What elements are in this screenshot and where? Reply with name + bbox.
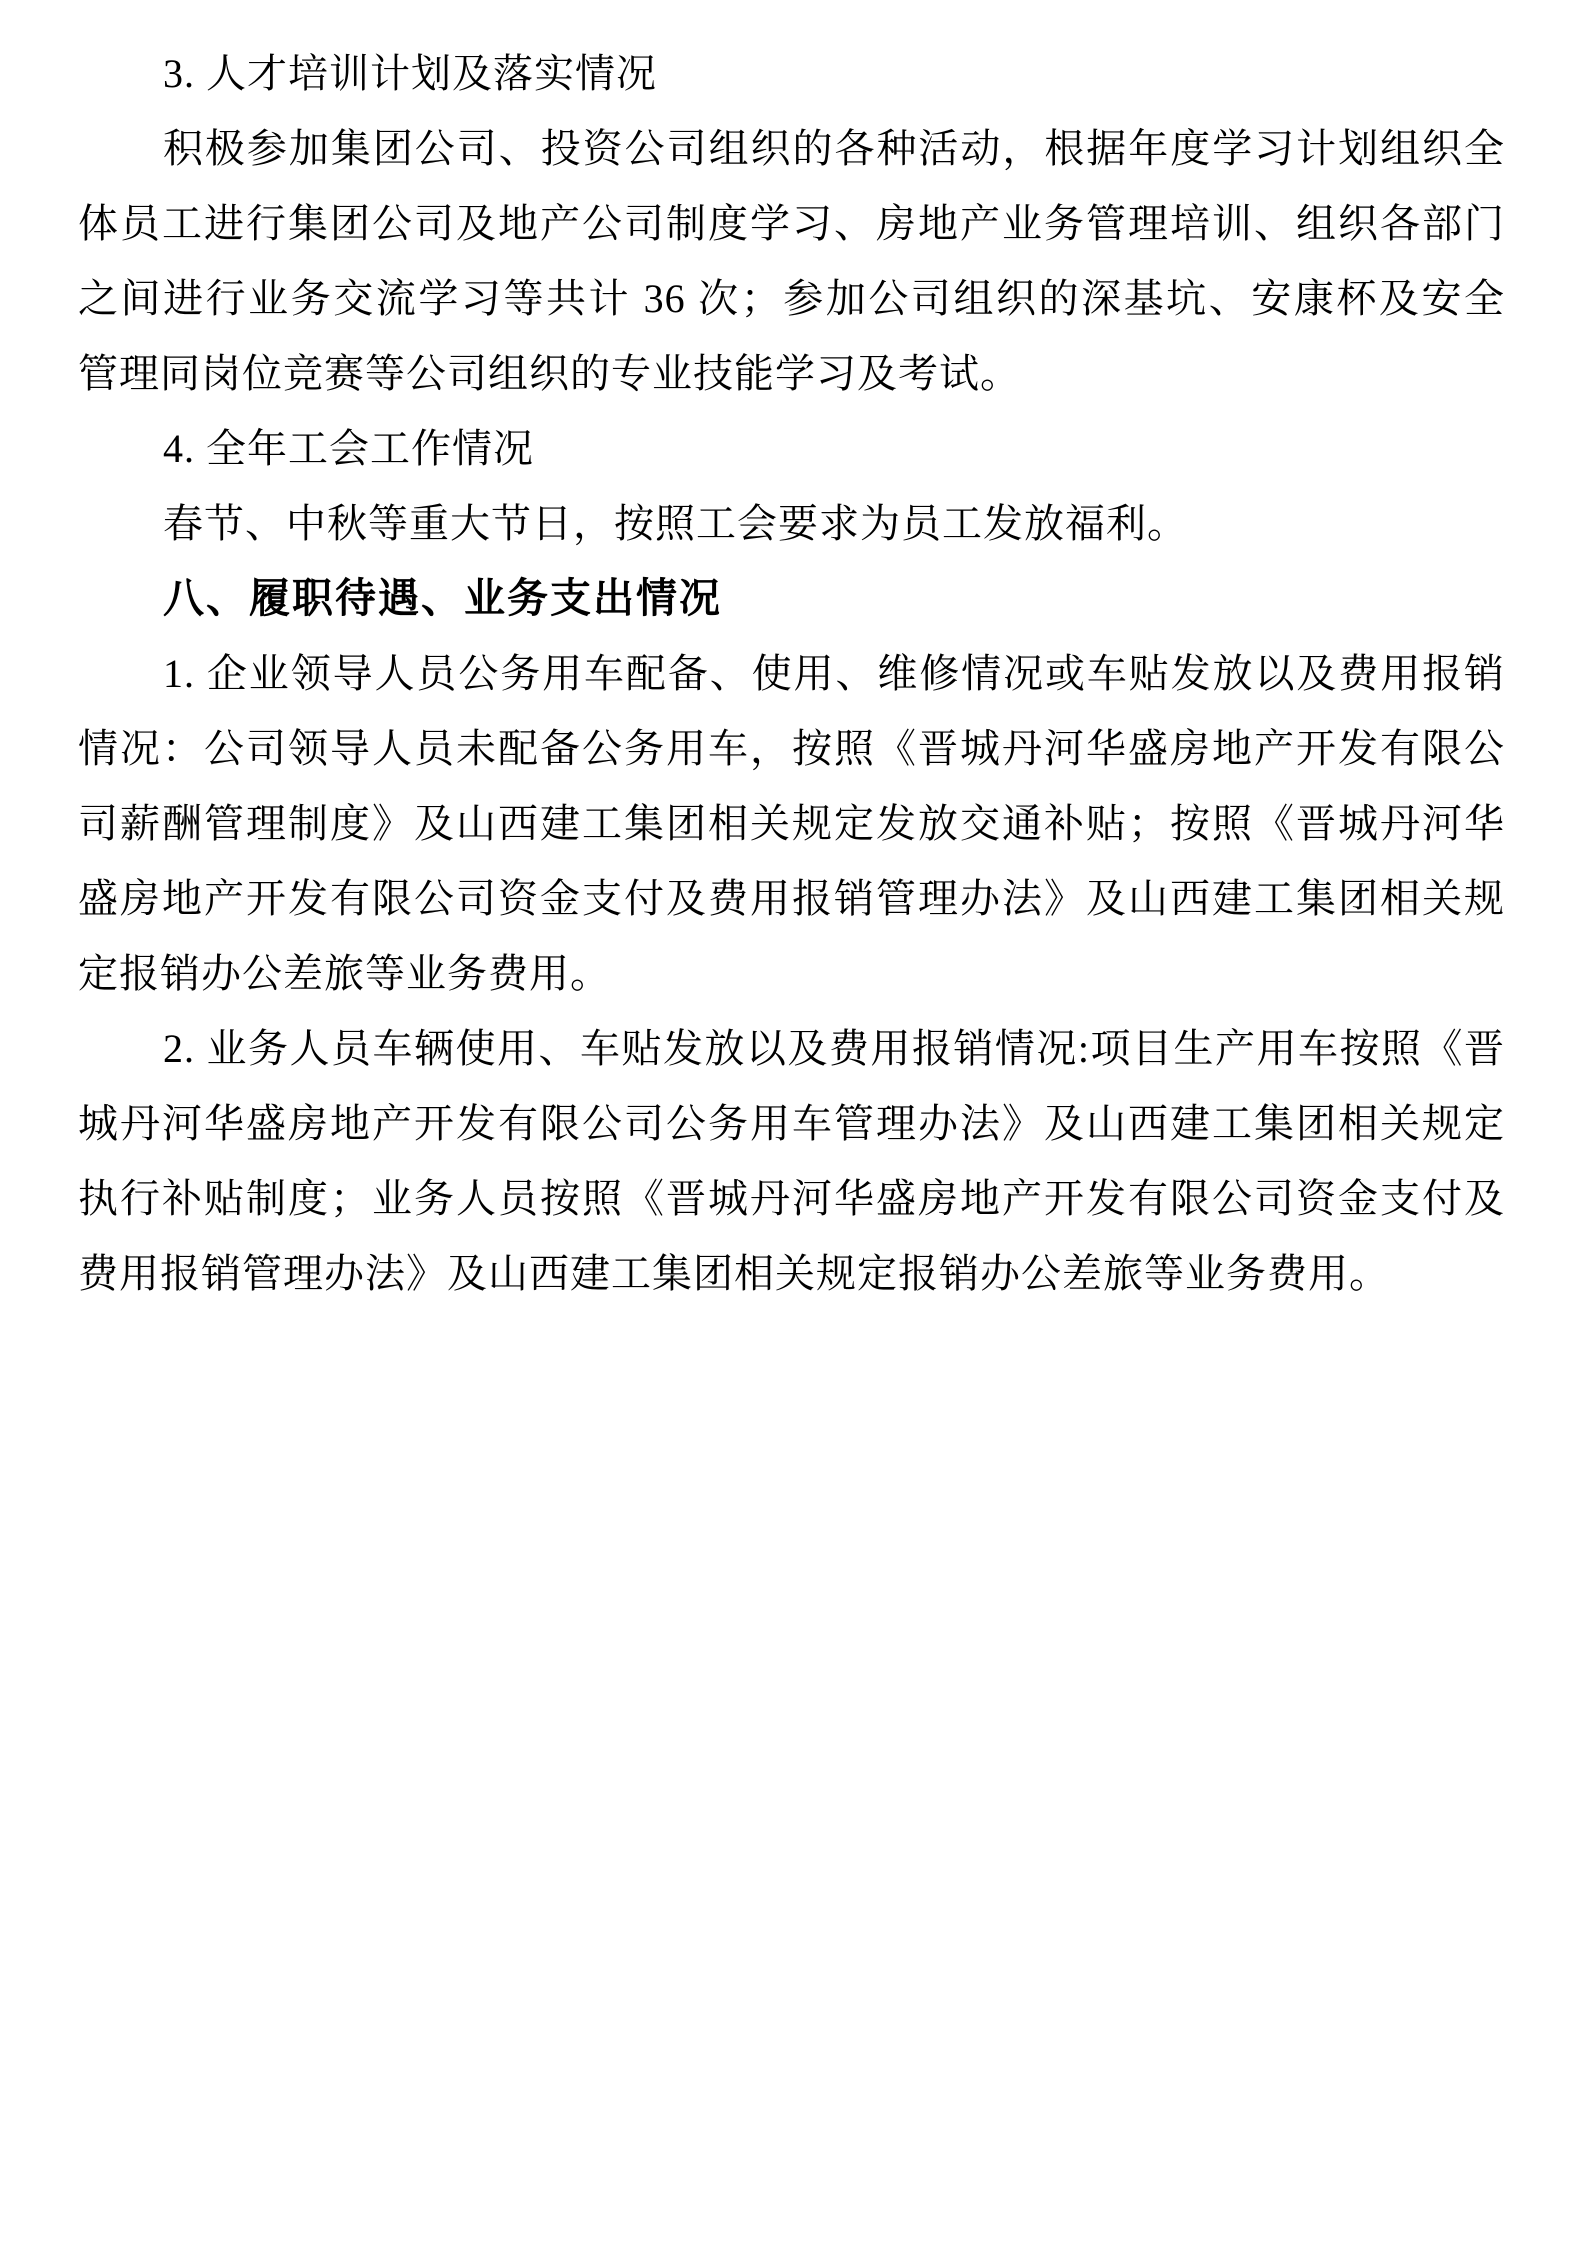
text-line: 司薪酬管理制度》及山西建工集团相关规定发放交通补贴；按照《晋城丹河华 xyxy=(78,786,1505,861)
text-line: 1. 企业领导人员公务用车配备、使用、维修情况或车贴发放以及费用报销 xyxy=(78,636,1505,711)
text-line: 执行补贴制度；业务人员按照《晋城丹河华盛房地产开发有限公司资金支付及 xyxy=(78,1161,1505,1236)
text-line: 城丹河华盛房地产开发有限公司公务用车管理办法》及山西建工集团相关规定 xyxy=(78,1086,1505,1161)
text-line: 积极参加集团公司、投资公司组织的各种活动，根据年度学习计划组织全 xyxy=(78,111,1505,186)
text-line: 定报销办公差旅等业务费用。 xyxy=(78,936,1505,1011)
text-line: 情况：公司领导人员未配备公务用车，按照《晋城丹河华盛房地产开发有限公 xyxy=(78,711,1505,786)
text-line: 2. 业务人员车辆使用、车贴发放以及费用报销情况:项目生产用车按照《晋 xyxy=(78,1011,1505,1086)
text-line: 费用报销管理办法》及山西建工集团相关规定报销办公差旅等业务费用。 xyxy=(78,1236,1505,1311)
text-line: 管理同岗位竞赛等公司组织的专业技能学习及考试。 xyxy=(78,336,1505,411)
text-line: 之间进行业务交流学习等共计 36 次；参加公司组织的深基坑、安康杯及安全 xyxy=(78,261,1505,336)
text-line: 春节、中秋等重大节日，按照工会要求为员工发放福利。 xyxy=(78,486,1505,561)
text-line: 体员工进行集团公司及地产公司制度学习、房地产业务管理培训、组织各部门 xyxy=(78,186,1505,261)
document-body: 3. 人才培训计划及落实情况 积极参加集团公司、投资公司组织的各种活动，根据年度… xyxy=(78,36,1505,1311)
document-page: 3. 人才培训计划及落实情况 积极参加集团公司、投资公司组织的各种活动，根据年度… xyxy=(0,0,1587,2245)
subheading-4-union-work: 4. 全年工会工作情况 xyxy=(78,411,1505,486)
subheading-3-talent-training: 3. 人才培训计划及落实情况 xyxy=(78,36,1505,111)
text-line: 盛房地产开发有限公司资金支付及费用报销管理办法》及山西建工集团相关规 xyxy=(78,861,1505,936)
section-heading-8-duty-expenses: 八、履职待遇、业务支出情况 xyxy=(78,561,1505,636)
